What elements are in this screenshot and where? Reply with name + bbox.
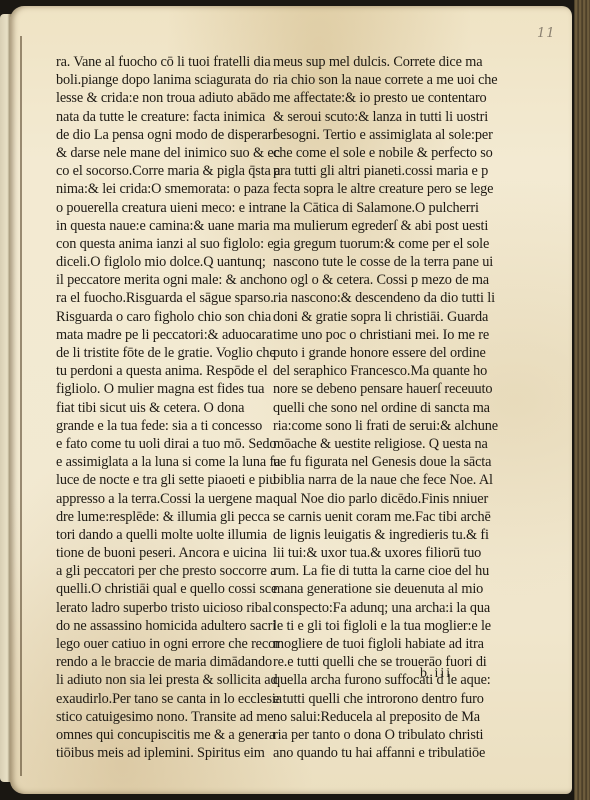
text-line: le ti e gli toi figloli e la tua moglier… [273, 617, 493, 635]
text-line: & seroui scuto:& lanza in tutti li uostr… [273, 108, 493, 126]
page-block-edge [574, 0, 590, 800]
text-line: il peccatore merita ogni male: & ancho [56, 271, 264, 289]
text-line: ne la Cātica di Salamone.O pulcherri [273, 199, 493, 217]
text-line: lego ouer catiuo in ogni errore che reco… [56, 635, 264, 653]
text-line: del seraphico Francesco.Ma quante ho [273, 362, 493, 380]
text-line: tori dando a quelli molte uolte illumia [56, 526, 264, 544]
text-line: mata madre pe li peccatori:& aduocara [56, 326, 264, 344]
text-line: e assimiglata a la luna si come la luna … [56, 453, 264, 471]
text-line: mōache & uestite religiose. Q uesta na [273, 435, 493, 453]
text-line: rendo a le braccie de maria dimādando [56, 653, 264, 671]
text-line: grande e la tua fede: sia a ti concesso [56, 417, 264, 435]
text-line: nata da tutte le creature: facta inimica [56, 108, 264, 126]
text-line: diceli.O figlolo mio dolce.Q uantunq; [56, 253, 264, 271]
text-line: exaudirlo.Per tano se canta in lo eccles… [56, 690, 264, 708]
text-line: conspecto:Fa adunq; una archa:i la qua [273, 599, 493, 617]
text-line: luce de nocte e tra gli sette piaoeti e … [56, 471, 264, 489]
text-line: de li tristite fōte de le gratie. Voglio… [56, 344, 264, 362]
text-line: quelli.O christiāi qual e quello cossi s… [56, 580, 264, 598]
text-line: stico catuigesimo nono. Transite ad me [56, 708, 264, 726]
text-column-right: meus sup mel dulcis. Correte dice maria … [273, 53, 493, 762]
text-line: ra el fuocho.Risguarda el sāgue sparso. [56, 289, 264, 307]
text-line: appresso a la terra.Cossi la uergene ma [56, 490, 264, 508]
text-column-left: ra. Vane al fuocho cō li tuoi fratelli d… [56, 53, 264, 762]
text-line: meus sup mel dulcis. Correte dice ma [273, 53, 493, 71]
text-line: nima:& lei crida:O smemorata: o paza [56, 180, 264, 198]
text-line: tione de buoni peseri. Ancora e uicina [56, 544, 264, 562]
text-line: dre lume:resplēde: & illumia gli pecca [56, 508, 264, 526]
text-line: boli.piange dopo lanima sciagurata do [56, 71, 264, 89]
text-line: lerato ladro superbo tristo uicioso riba… [56, 599, 264, 617]
text-line: besogni. Tertio e assimiglata al sole:pe… [273, 126, 493, 144]
text-line: li adiuto non sia lei presta & sollicita… [56, 671, 264, 689]
text-line: mana generatione sie deuenuta al mio [273, 580, 493, 598]
text-line: quella archa furono suffocati d le aque: [273, 671, 493, 689]
text-line: de lignis leuigatis & ingredieris tu.& f… [273, 526, 493, 544]
text-line: & darse nele mane del inimico suo & ec [56, 144, 264, 162]
text-line: tu perdoni a questa anima. Respōde el [56, 362, 264, 380]
text-line: che come el sole e nobile & perfecto so [273, 144, 493, 162]
text-line: tiōibus meis ad iplemini. Spiritus eim [56, 744, 264, 762]
text-line: puto i grande honore essere del ordine [273, 344, 493, 362]
text-line: co el socorso.Corre maria & pigla q̄sta … [56, 162, 264, 180]
text-line: ria nascono:& descendeno da dio tutti li [273, 289, 493, 307]
text-line: con questa anima ianzi al suo figlolo: e [56, 235, 264, 253]
text-line: ra. Vane al fuocho cō li tuoi fratelli d… [56, 53, 264, 71]
text-line: ria per tanto o dona O tribulato christi [273, 726, 493, 744]
text-line: no ogl o & cetera. Cossi p mezo de ma [273, 271, 493, 289]
text-line: omnes qui concupiscitis me & a genera [56, 726, 264, 744]
text-line: fecta sopra le altre creature pero se le… [273, 180, 493, 198]
text-line: time uno poc o christiani mei. Io me re [273, 326, 493, 344]
text-line: fiat tibi sicut uis & cetera. O dona [56, 399, 264, 417]
text-line: re.e tutti quelli che se trouerāo fuori … [273, 653, 493, 671]
text-line: ma mulierum egrederſ & abi post uesti [273, 217, 493, 235]
text-line: biblia narra de la naue che fece Noe. Al [273, 471, 493, 489]
text-line: a gli peccatori per che presto soccorre … [56, 562, 264, 580]
text-line: do ne assassino homicida adultero sacri [56, 617, 264, 635]
text-line: lesse & crida:e non troua adiuto abādo [56, 89, 264, 107]
text-line: nore se debeno pensare hauerſ receuuto [273, 380, 493, 398]
folio-number: 11 [537, 26, 556, 41]
text-line: ria:come sono li frati de serui:& alchun… [273, 417, 493, 435]
text-line: ue fu figurata nel Genesis doue la sācta [273, 453, 493, 471]
signature-mark: b iii [420, 666, 452, 682]
text-line: pra tutti gli altri pianeti.cossi maria … [273, 162, 493, 180]
text-line: qual Noe dio parlo dicēdo.Finis nniuer [273, 490, 493, 508]
text-line: mogliere de tuoi figloli habiate ad itra [273, 635, 493, 653]
text-line: lii tui:& uxor tua.& uxores filiorū tuo [273, 544, 493, 562]
text-line: doni & gratie sopra li christiāi. Guarda [273, 308, 493, 326]
text-line: rum. La fie di tutta la carne cioe del h… [273, 562, 493, 580]
text-line: ano quando tu hai affanni e tribulatiōe [273, 744, 493, 762]
text-line: se carnis uenit coram me.Fac tibi archē [273, 508, 493, 526]
text-line: quelli che sono nel ordine di sancta ma [273, 399, 493, 417]
text-line: Risguarda o caro figholo chio son chia [56, 308, 264, 326]
gutter-shadow [20, 36, 22, 776]
text-line: gia gregum tuorum:& come per el sole [273, 235, 493, 253]
text-line: e tutti quelli che introrono dentro furo [273, 690, 493, 708]
text-line: me affectate:& io presto ue contentaro [273, 89, 493, 107]
text-line: nascono tute le cosse de la terra pane u… [273, 253, 493, 271]
text-line: o pouerella creatura uieni meco: e intra [56, 199, 264, 217]
text-line: de dio La pensa ogni modo de disperarſ [56, 126, 264, 144]
text-line: ria chio son la naue correte a me uoi ch… [273, 71, 493, 89]
text-line: e fato come tu uoli dirai a tuo mō. Sedo [56, 435, 264, 453]
text-line: in questa naue:e camina:& uane maria [56, 217, 264, 235]
text-line: no salui:Reducela al preposito de Ma [273, 708, 493, 726]
text-line: figliolo. O mulier magna est fides tua [56, 380, 264, 398]
